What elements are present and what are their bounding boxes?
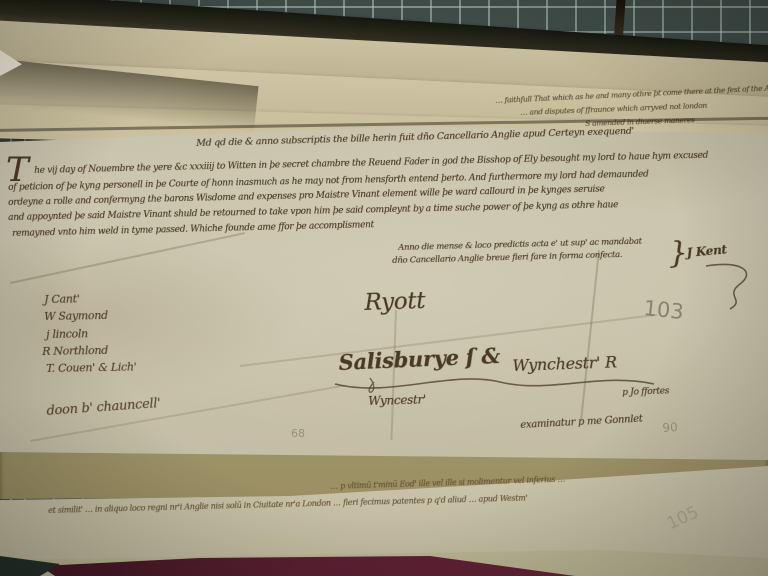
ryott-signature: Ryott [364,288,426,316]
archive-photograph: To the kyng oure souerain lord … … a ffe… [0,0,768,576]
pencil-number-68: 68 [291,427,305,440]
council-name-1: J Cant' [44,292,80,306]
clerk-flourish-graphic [700,262,760,312]
council-name-4: R Northlond [42,344,108,358]
council-name-2: W Saymond [44,309,108,323]
council-name-3: j lincoln [46,327,88,341]
council-name-5: T. Couen' & Lich' [46,360,136,375]
annotation-brace: } [668,235,688,271]
pencil-number-103: 103 [642,296,684,324]
pencil-number-90: 90 [662,420,678,435]
right-margin-note: p Jo ffortes [622,386,669,398]
winchester-small-signature: Wyncestr' [368,392,426,408]
